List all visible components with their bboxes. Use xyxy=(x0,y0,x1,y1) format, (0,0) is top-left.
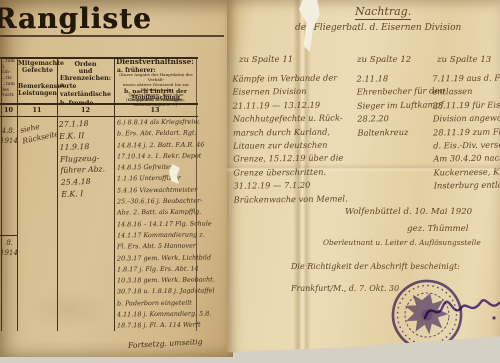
handwriting-line: Am 30.4.20 nach xyxy=(433,152,500,166)
handwriting-line: Insterburg entlassen xyxy=(434,179,500,193)
col11-header-gefechte: Mitgemachte Gefechte xyxy=(18,61,57,75)
table-vline-2 xyxy=(17,57,18,331)
table-row-divider xyxy=(0,235,18,236)
handwriting-line: 1914 xyxy=(0,248,13,258)
handwriting-line: Abz. 2. Batt. als Kampfflg. xyxy=(117,207,201,219)
nachtrag-title: Nachtrag. xyxy=(355,5,411,20)
handwriting-line: marsch durch Kurland, xyxy=(233,125,363,140)
document-photo: Rangliste …tumd. Ein-…tts …tumdesAustr. … xyxy=(0,0,500,363)
handwriting-line: 1.1.16 Unteroffizier xyxy=(117,173,201,185)
col11-header-line: Gefechte xyxy=(18,68,57,75)
handwriting-line: 8. xyxy=(0,238,13,248)
handwriting-line: 14.8.16 – 14.1.17 Flg. Schule xyxy=(117,218,201,230)
handwriting-line: 28.11.19 zum Flg.-Batl. xyxy=(433,125,500,139)
handwriting-line: 7.11.19 aus d. F.A. 19 xyxy=(432,72,500,86)
spalte-11-notes: Kämpfe im Verbande derEisernen Division2… xyxy=(232,71,363,206)
col11-header-leistungen: Bemerkenswerte Leistungen xyxy=(18,84,57,98)
handwriting-line: Kämpfe im Verbande der xyxy=(232,71,362,86)
col10-header-top: …tumd. Ein-…tts xyxy=(1,59,16,81)
handwriting-line: E.K. I xyxy=(61,187,115,200)
spalte-13-notes: 7.11.19 aus d. F.A. 19entlassen25.11.19 … xyxy=(432,72,500,194)
col-number-12: 12 xyxy=(57,106,114,114)
handwriting-line: 18.7.18 j. Fl. A. 114 Werft xyxy=(117,320,201,332)
handwriting-line: 30.7.18 u. 1.8.18 j. Jagdstaffel xyxy=(117,286,201,298)
col10-header-line: …tts xyxy=(1,76,16,82)
handwriting-line: Brückenwache von Memel. xyxy=(234,192,364,207)
certification-line: Die Richtigkeit der Abschrift bescheinig… xyxy=(291,262,460,271)
handwriting-line: b. Ers. Abt. Feldart. Rgt. xyxy=(117,128,201,140)
col10-entry-row1: 4.8.1914 xyxy=(0,126,15,146)
title-rule xyxy=(0,35,224,37)
col12-header-orden: Orden und Ehrenzeichen: xyxy=(58,61,113,83)
col12-header-line: und Ehrenzeichen: xyxy=(58,68,113,82)
handwriting-line: b. Paderborn eingeteilt xyxy=(117,297,201,309)
handwriting-line: Division angeworben xyxy=(433,112,500,126)
col13-header-title: Dienstverhältnisse: xyxy=(115,58,195,66)
closing-signed: gez. Thümmel xyxy=(407,224,469,234)
handwriting-line: d. Eis.-Div. versetzt xyxy=(433,139,500,153)
nachtrag-page: Nachtrag. des Fliegerbatl. d. Eisernen D… xyxy=(227,0,500,356)
handwriting-line: Grenze überschritten. xyxy=(233,165,363,180)
handwriting-line: Litauen zur deutschen xyxy=(233,138,363,153)
closing-signer-title: Oberleutnant u. Leiter d. Auflösungsstel… xyxy=(323,238,481,247)
col12-entries: 27.1.18E.K. II11.9.18Flugzeug-führer Abz… xyxy=(59,117,116,200)
col-number-10: 10 xyxy=(0,106,17,114)
handwriting-line: 4.8. xyxy=(0,126,15,136)
col10-entry-row2: 8.1914 xyxy=(0,238,13,258)
handwriting-line: 1914 xyxy=(0,136,15,146)
handwriting-line: entlassen xyxy=(432,85,500,99)
certifier-signature xyxy=(423,288,500,336)
rangliste-page: Rangliste …tumd. Ein-…tts …tumdesAustr. … xyxy=(0,0,233,357)
handwriting-line: Nachhutgefechte u. Rück- xyxy=(233,112,363,127)
closing-place-date: Wolfenbüttel d. 10. Mai 1920 xyxy=(345,207,472,217)
page-title: Rangliste xyxy=(0,2,152,35)
col13-footer-note: Fortsetzg. umseitig xyxy=(128,337,203,350)
handwriting-line: 14.8.14 j. 2. Batt. F.A.R. 46 xyxy=(117,139,201,151)
col10-header-line: …tum xyxy=(1,82,16,88)
handwriting-line: 31.12.19 — 7.1.20 xyxy=(233,179,363,194)
col-number-11: 11 xyxy=(17,106,57,114)
nachtrag-subtitle: des Fliegerbatl. d. Eisernen Division xyxy=(295,23,461,33)
handwriting-line: Grenze, 15.12.19 über die xyxy=(233,152,363,167)
col12-header-ab: a. vaterländische b. fremde xyxy=(60,82,113,109)
col10-header-line: Austr. xyxy=(1,93,16,99)
col12-header-line: a. vaterländische xyxy=(60,82,113,100)
col10-header-bottom: …tumdesAustr. xyxy=(1,82,16,99)
col11-header-line: Leistungen xyxy=(18,91,57,98)
column-heading-spalte-12: zu Spalte 12 xyxy=(357,55,411,65)
handwriting-line: 25.11.19 für Eiserne xyxy=(433,98,500,112)
column-heading-spalte-11: zu Spalte 11 xyxy=(239,55,293,65)
col10-header-line: …tum xyxy=(1,59,16,65)
handwriting-line: Kuckerneese, Kreis xyxy=(433,165,500,179)
col10-header-line: d. Ein- xyxy=(1,65,16,76)
col-number-13: 13 xyxy=(114,106,196,114)
column-heading-spalte-13: zu Spalte 13 xyxy=(437,55,491,65)
paper-stain xyxy=(30,290,110,330)
col13-entries: 6.) 8.8.14 als Kriegsfreiw.b. Ers. Abt. … xyxy=(117,117,201,332)
handwriting-line: Eisernen Division xyxy=(232,85,362,100)
col11-entry: sieheRückseite xyxy=(19,117,59,146)
handwriting-line: 21.11.19 — 13.12.19 xyxy=(233,98,363,113)
handwriting-line: Fl. Ers. Abt. 5 Hannover xyxy=(117,241,201,253)
handwriting-line: 20.3.17 gem. Werk. Lichtbild xyxy=(117,252,201,264)
